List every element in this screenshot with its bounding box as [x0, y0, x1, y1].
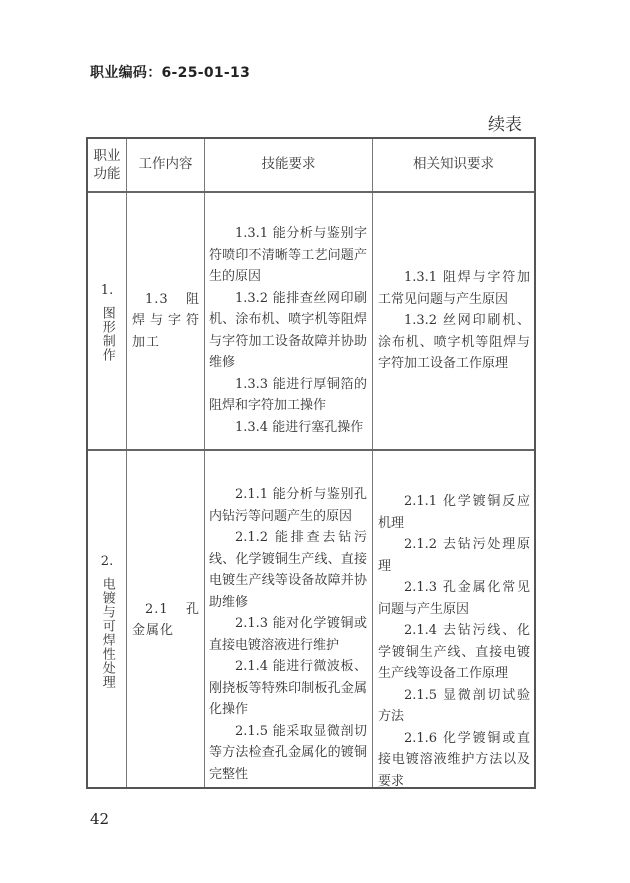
skill-item: 1.3.3 能进行厚铜箔的阻焊和字符加工操作 — [209, 374, 367, 417]
page-number: 42 — [90, 810, 109, 828]
row2-work-content: 2.1 孔金属化 — [132, 451, 200, 789]
knowledge-item: 2.1.6 化学镀铜或直接电镀溶液维护方法以及要求 — [378, 728, 530, 793]
column-divider — [372, 139, 373, 787]
knowledge-item: 1.3.1 阻焊与字符加工常见问题与产生原因 — [378, 267, 530, 310]
skill-item: 2.1.4 能进行微波板、刚挠板等特殊印制板孔金属化操作 — [209, 656, 367, 721]
row1-function: 1. 图形制作 — [88, 193, 126, 449]
work-content-text: 1.3 阻焊与字符加工 — [132, 289, 200, 354]
skill-item: 2.1.1 能分析与鉴别孔内钻污等问题产生的原因 — [209, 484, 367, 527]
function-number: 2. — [101, 551, 113, 573]
row1-work-content: 1.3 阻焊与字符加工 — [132, 193, 200, 449]
header-knowledge-requirements: 相关知识要求 — [373, 139, 534, 191]
skill-item: 2.1.3 能对化学镀铜或直接电镀溶液进行维护 — [209, 613, 367, 656]
row2-skills: 2.1.1 能分析与鉴别孔内钻污等问题产生的原因 2.1.2 能排查去钻污线、化… — [209, 484, 367, 785]
knowledge-item: 2.1.2 去钻污处理原理 — [378, 534, 530, 577]
skills-table: 职业功能 工作内容 技能要求 相关知识要求 1. 图形制作 1.3 阻焊与字符加… — [86, 137, 536, 789]
continued-table-label: 续表 — [488, 110, 522, 135]
skill-item: 2.1.2 能排查去钻污线、化学镀铜生产线、直接电镀生产线等设备故障并协助维修 — [209, 527, 367, 613]
header-function-label: 职业功能 — [94, 147, 121, 183]
function-name: 图形制作 — [96, 306, 118, 362]
row1-knowledge: 1.3.1 阻焊与字符加工常见问题与产生原因 1.3.2 丝网印刷机、涂布机、喷… — [378, 267, 530, 375]
knowledge-item: 2.1.3 孔金属化常见问题与产生原因 — [378, 577, 530, 620]
skill-item: 2.1.5 能采取显微剖切等方法检查孔金属化的镀铜完整性 — [209, 721, 367, 786]
header-function: 职业功能 — [88, 139, 126, 191]
skill-item: 1.3.2 能排查丝网印刷机、涂布机、喷字机等阻焊与字符加工设备故障并协助维修 — [209, 288, 367, 374]
header-work-content: 工作内容 — [127, 139, 204, 191]
function-number: 1. — [101, 280, 113, 302]
column-divider — [126, 139, 127, 787]
work-content-text: 2.1 孔金属化 — [132, 599, 200, 642]
function-name: 电镀与可焊性处理 — [96, 577, 118, 689]
row2-function: 2. 电镀与可焊性处理 — [88, 451, 126, 789]
skill-item: 1.3.4 能进行塞孔操作 — [209, 417, 367, 439]
knowledge-item: 2.1.1 化学镀铜反应机理 — [378, 491, 530, 534]
knowledge-item: 2.1.4 去钻污线、化学镀铜生产线、直接电镀生产线等设备工作原理 — [378, 620, 530, 685]
knowledge-item: 1.3.2 丝网印刷机、涂布机、喷字机等阻焊与字符加工设备工作原理 — [378, 310, 530, 375]
skill-item: 1.3.1 能分析与鉴别字符喷印不清晰等工艺问题产生的原因 — [209, 223, 367, 288]
knowledge-item: 2.1.5 显微剖切试验方法 — [378, 685, 530, 728]
column-divider — [204, 139, 205, 787]
row2-knowledge: 2.1.1 化学镀铜反应机理 2.1.2 去钻污处理原理 2.1.3 孔金属化常… — [378, 491, 530, 792]
header-skill-requirements: 技能要求 — [205, 139, 372, 191]
row1-skills: 1.3.1 能分析与鉴别字符喷印不清晰等工艺问题产生的原因 1.3.2 能排查丝… — [209, 223, 367, 438]
occupation-code: 职业编码：6-25-01-13 — [90, 62, 250, 82]
